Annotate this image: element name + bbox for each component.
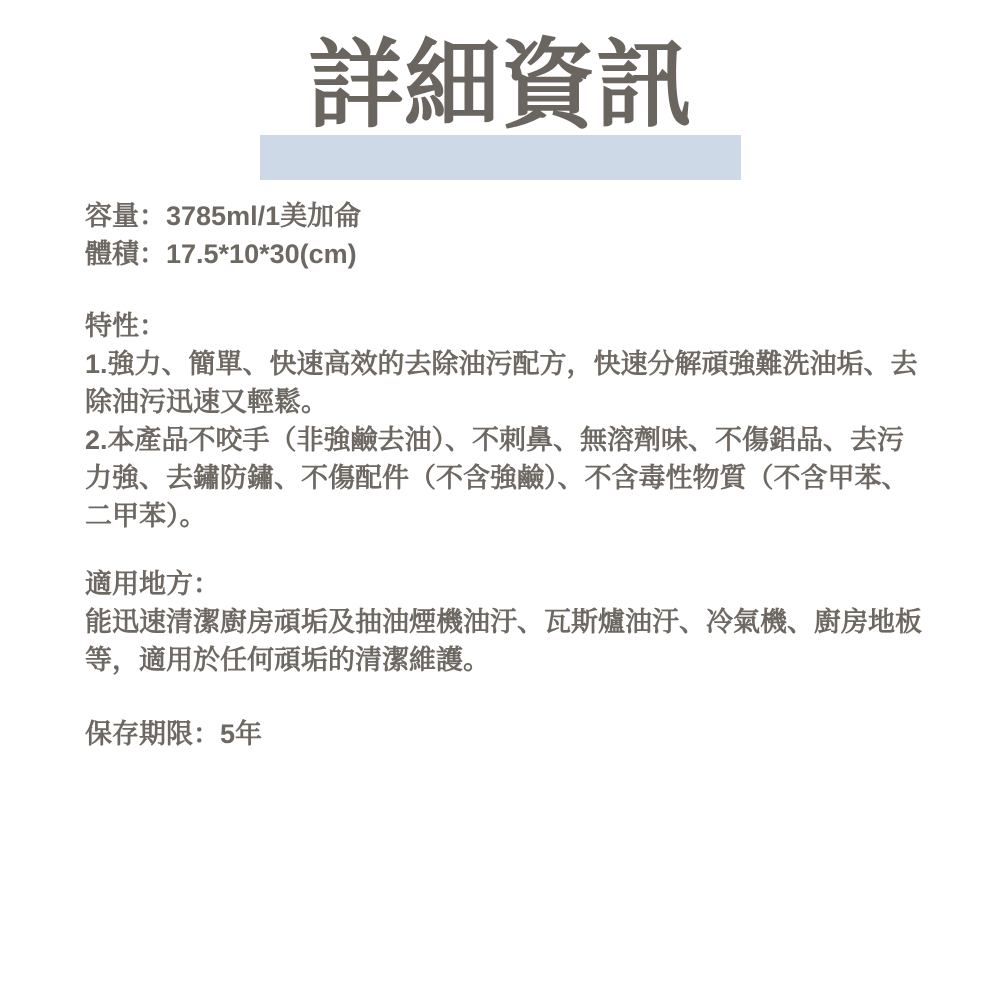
product-detail-page: 詳細資訊 容量：3785ml/1美加侖 體積：17.5*10*30(cm) 特性… xyxy=(0,0,1000,1000)
section-usage: 適用地方： 能迅速清潔廚房頑垢及抽油煙機油汙、瓦斯爐油汙、冷氣機、廚房地板 等，… xyxy=(85,565,925,679)
section-specs: 容量：3785ml/1美加侖 體積：17.5*10*30(cm) xyxy=(85,197,925,273)
usage-heading: 適用地方： xyxy=(85,565,925,603)
volume-line: 體積：17.5*10*30(cm) xyxy=(85,235,925,273)
shelf-life-line: 保存期限：5年 xyxy=(85,715,925,753)
page-title: 詳細資訊 xyxy=(0,36,1000,137)
feature-line: 2.本產品不咬手（非強鹼去油）、不刺鼻、無溶劑味、不傷鋁品、去污 xyxy=(85,421,925,459)
capacity-line: 容量：3785ml/1美加侖 xyxy=(85,197,925,235)
features-heading: 特性： xyxy=(85,307,925,345)
feature-line: 1.強力、簡單、快速高效的去除油污配方，快速分解頑強難洗油垢、去 xyxy=(85,345,925,383)
title-highlight-bar xyxy=(260,135,741,180)
usage-line: 能迅速清潔廚房頑垢及抽油煙機油汙、瓦斯爐油汙、冷氣機、廚房地板 xyxy=(85,603,925,641)
detail-header: 詳細資訊 xyxy=(0,0,1000,195)
detail-body: 容量：3785ml/1美加侖 體積：17.5*10*30(cm) 特性： 1.強… xyxy=(85,197,925,753)
feature-line: 除油污迅速又輕鬆。 xyxy=(85,383,925,421)
section-features: 特性： 1.強力、簡單、快速高效的去除油污配方，快速分解頑強難洗油垢、去 除油污… xyxy=(85,307,925,535)
section-shelf-life: 保存期限：5年 xyxy=(85,715,925,753)
usage-line: 等，適用於任何頑垢的清潔維護。 xyxy=(85,641,925,679)
feature-line: 二甲苯）。 xyxy=(85,497,925,535)
feature-line: 力強、去鏽防鏽、不傷配件（不含強鹼）、不含毒性物質（不含甲苯、 xyxy=(85,459,925,497)
